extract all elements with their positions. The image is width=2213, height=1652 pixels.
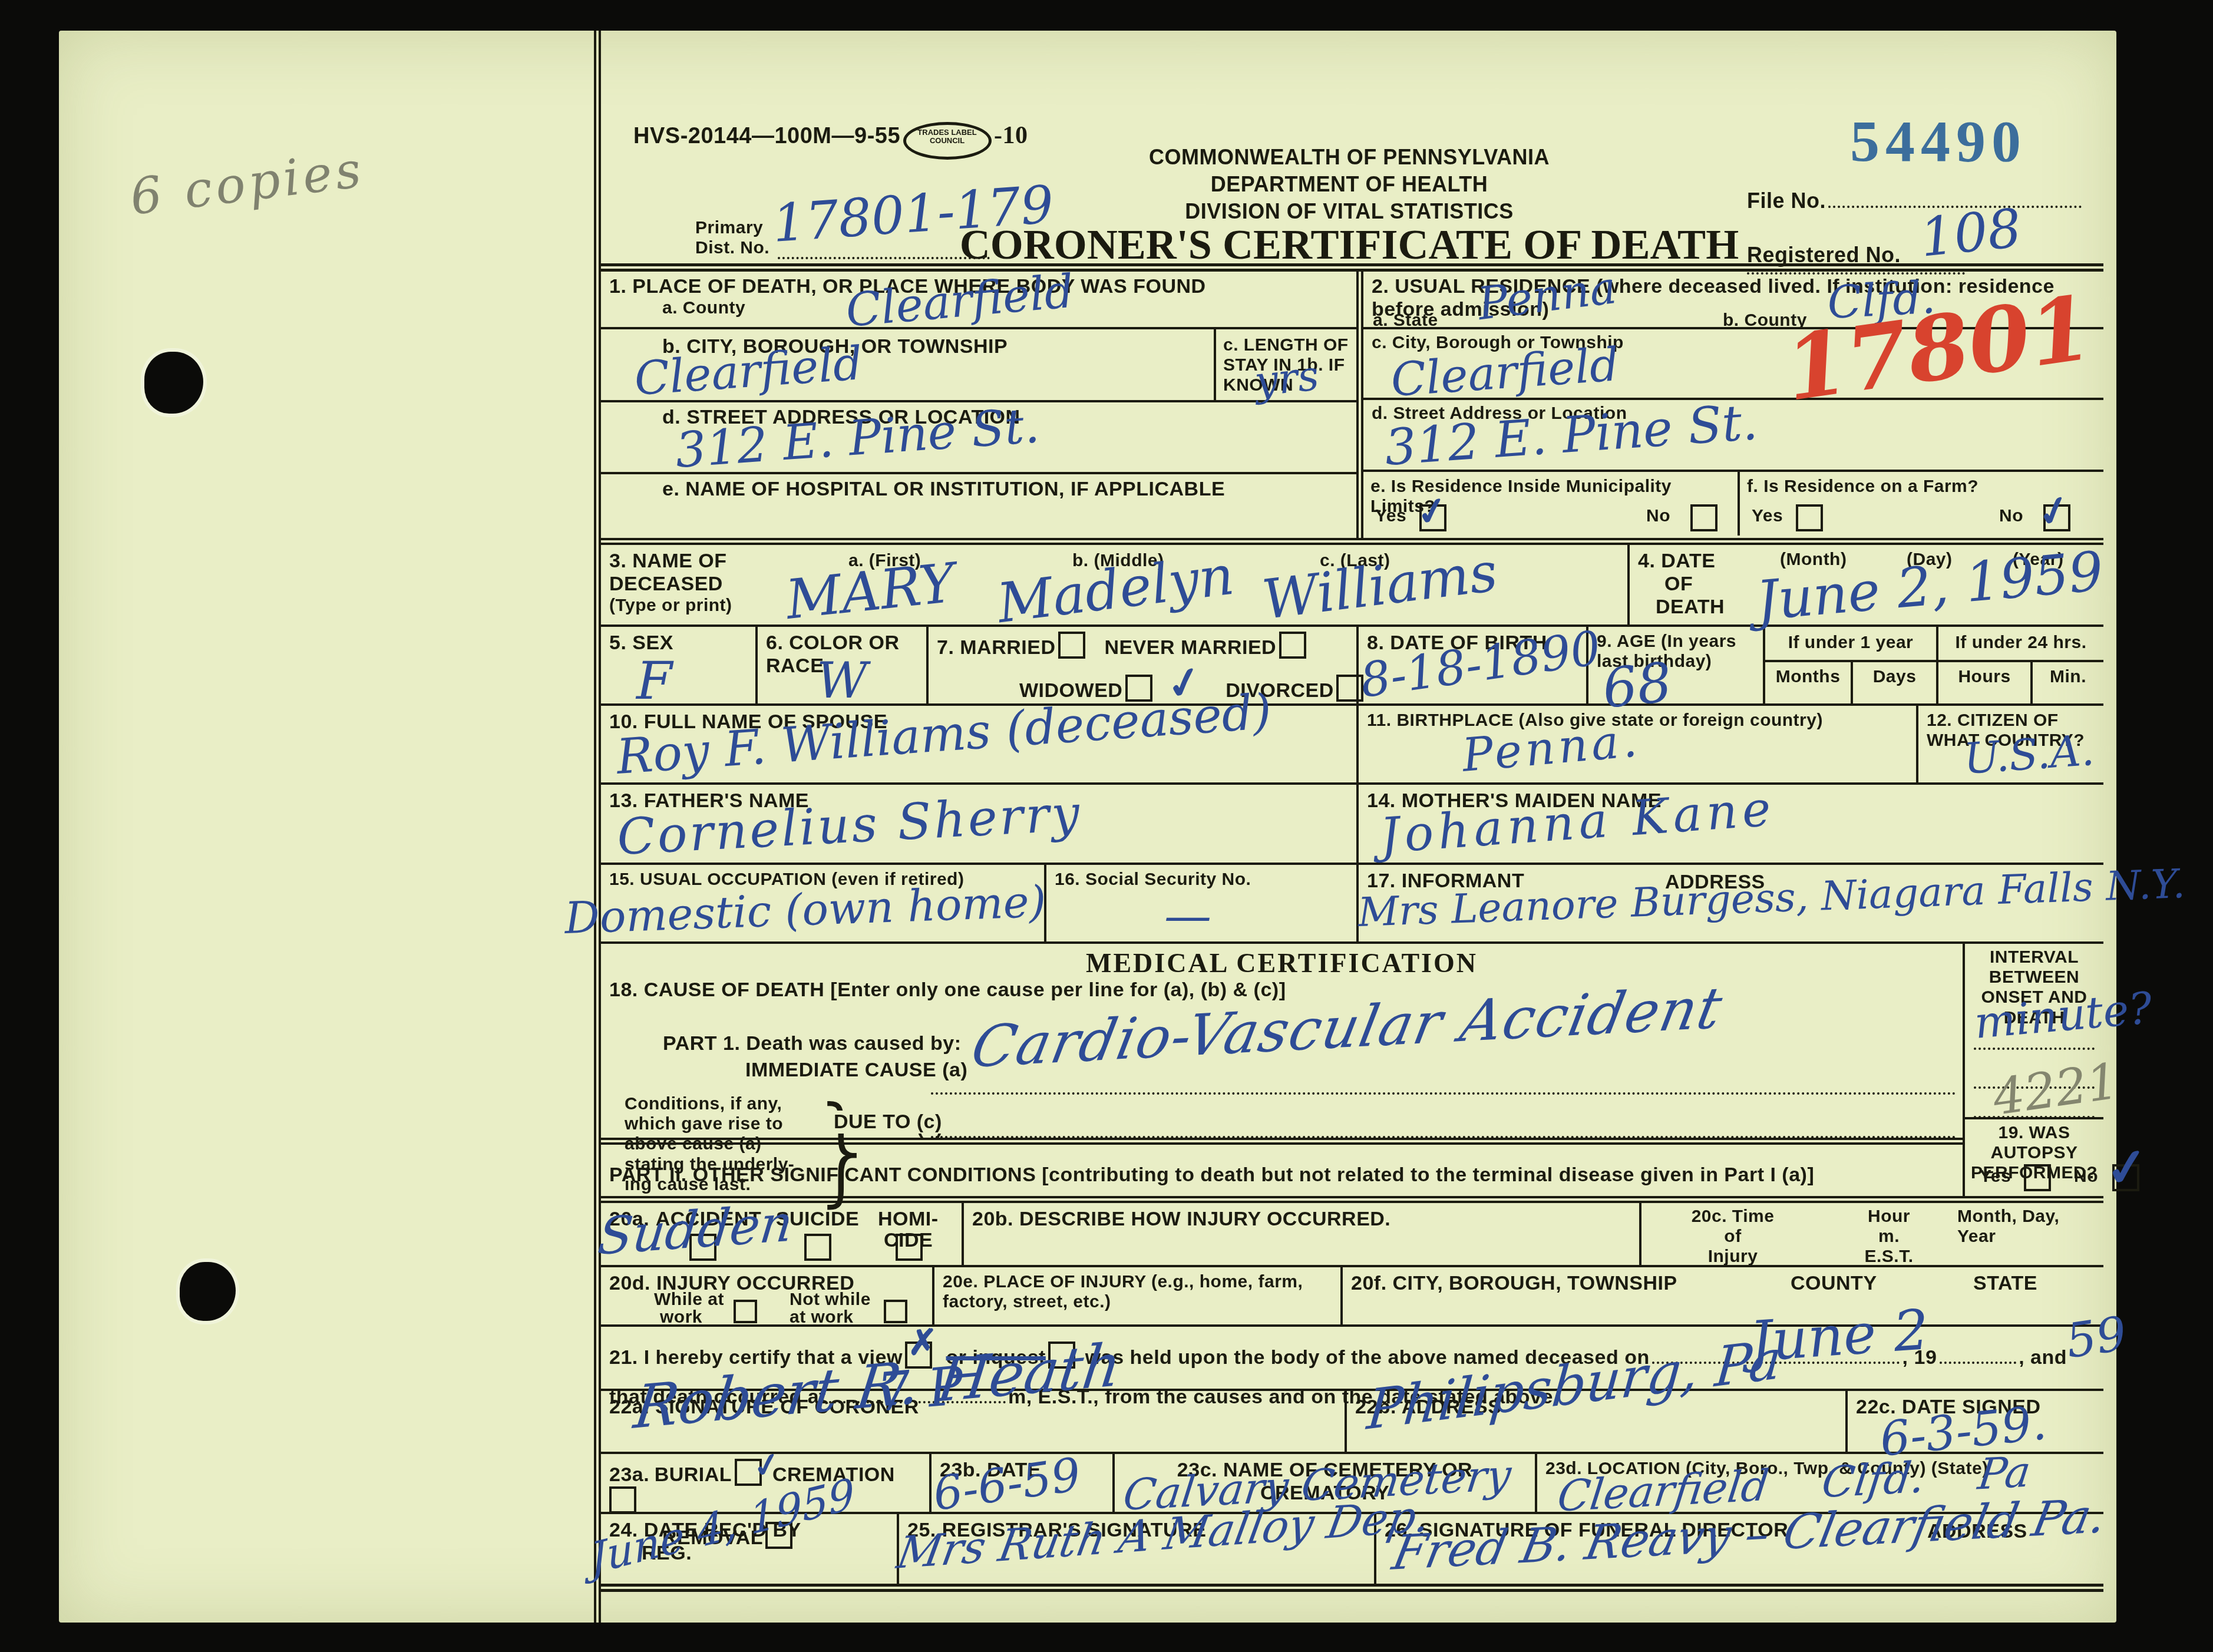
s2e-no-checkbox [1690,504,1717,531]
s20f-state-label: STATE [1973,1272,2037,1295]
section-20f-location: 20f. CITY, BOROUGH, TOWNSHIP COUNTY STAT… [1340,1267,2103,1324]
s18c-line [931,1134,1956,1139]
section-20a-manner: 20a. ACCIDENT SUICIDE HOMI- CIDE Sudden [601,1203,962,1265]
file-no-row: File No. [1747,189,2082,213]
s9-min-label: Min. [2030,662,2103,703]
s23a-num: 23a. [609,1463,649,1486]
section-22c-date-signed: 22c. DATE SIGNED 6-3-59. [1845,1391,2103,1452]
primary-dist-label-1: Primary [695,218,769,238]
interval-c-value: 4221 [1989,1052,2122,1126]
s9-hours-label: Hours [1936,662,2030,703]
s18-interval-label-1: INTERVAL BETWEEN [1971,947,2098,987]
s21-text-4: , and [2019,1346,2067,1369]
s23a-burial-checkbox [735,1459,762,1486]
s20c-label-3: Injury [1647,1247,1818,1267]
agency-block: COMMONWEALTH OF PENNSYLVANIA DEPARTMENT … [943,144,1756,225]
row-occupation-ssn-informant: 15. USUAL OCCUPATION (even if retired) D… [601,865,2103,944]
s7-married-label: 7. MARRIED [937,636,1055,659]
punch-hole-bottom [180,1262,236,1321]
primary-dist-label-2: Dist. No. [695,238,769,258]
s2f-yes-label: Yes [1752,506,1783,526]
file-no-label: File No. [1747,189,1826,213]
s20b-label: 20b. DESCRIBE HOW INJURY OCCURRED. [972,1208,1631,1231]
primary-dist-row: Primary Dist. No. 17801-179 [695,218,769,258]
s20e-label: 20e. PLACE OF INJURY (e.g., home, farm, … [943,1272,1332,1312]
s5-sex-value: F [636,650,672,711]
s20d-while-label-2: work [660,1307,702,1327]
section-9-under-age-grid: If under 1 year If under 24 hrs. Months … [1763,627,2103,703]
form-table: 1. PLACE OF DEATH, OR PLACE WHERE BODY W… [601,263,2103,1592]
section-20e-place-of-injury: 20e. PLACE OF INJURY (e.g., home, farm, … [932,1267,1340,1324]
section-16-ssn: 16. Social Security No. — [1044,865,1356,941]
section-20c-time-of-injury: 20c. Time of Injury Hour m. E.S.T. Month… [1639,1203,2103,1265]
section-22b-address: 22b. ADDRESS Philipsburg, Pa [1345,1391,1845,1452]
s19-label-1: 19. WAS AUTOPSY [1971,1123,2098,1163]
s20d-notwhile-label-2: at work [790,1307,854,1327]
s20c-hour-label-1: Hour [1828,1207,1950,1227]
row-name-dateofdeath: 3. NAME OF DECEASED (Type or print) a. (… [601,545,2103,627]
s2e-yes-checkbox [1419,504,1446,531]
section-13-father: 13. FATHER'S NAME Cornelius Sherry [601,785,1356,863]
row-sex-race-marital-birth-age: 5. SEX F 6. COLOR OR RACE W 7. MARRIED N… [601,627,2103,706]
s7-never-married-checkbox [1279,632,1306,659]
section-4-date-of-death: 4. DATE OF DEATH (Month) (Day) (Year) Ju… [1627,545,2103,625]
section-14-mother: 14. MOTHER'S MAIDEN NAME Johanna Kane [1356,785,2103,863]
s18a-line [931,1090,1956,1095]
s5-label: 5. SEX [609,632,747,655]
s9-under24-label: If under 24 hrs. [1936,627,2103,660]
s9-months-label: Months [1765,662,1851,703]
s20a-homicide-checkbox [896,1234,923,1261]
section-5-sex: 5. SEX F [601,627,755,703]
section-7-marital-status: 7. MARRIED NEVER MARRIED WIDOWED ✓ DIVOR… [926,627,1356,703]
s20f-county-label: COUNTY [1791,1272,1877,1295]
section-26-funeral-director: 26. SIGNATURE OF FUNERAL DIRECTOR ADDRES… [1374,1514,2103,1584]
section-15-occupation: 15. USUAL OCCUPATION (even if retired) D… [601,865,1044,941]
s2f-label: f. Is Residence on a Farm? [1747,477,2096,497]
s18-due-c-label: DUE TO (c) [834,1111,948,1134]
s23a-cremation-checkbox [609,1486,636,1514]
section-10-spouse: 10. FULL NAME OF SPOUSE Roy F. Williams … [601,706,1356,782]
section-17-informant: 17. INFORMANT ADDRESS Mrs Leanore Burges… [1356,865,2103,941]
scanned-death-certificate: { "marks": { "check": "✓", "cross": "✗",… [0,0,2213,1652]
part2-label: PART II. OTHER SIGNIFICANT CONDITIONS [c… [609,1164,1954,1187]
s20a-homicide-label-1: HOMI- [878,1208,939,1231]
section-8-date-of-birth: 8. DATE OF BIRTH 8-18-1890 [1356,627,1586,703]
s20c-hour-label-2: m. [1828,1227,1950,1247]
s2f-no-label: No [1999,506,2023,526]
section-9-age: 9. AGE (In years last birthday) 68 [1586,627,1763,703]
s7-never-married-label: NEVER MARRIED [1104,636,1276,659]
s20a-suicide-checkbox [804,1234,831,1261]
s20c-label-1: 20c. Time [1647,1207,1818,1227]
section-12-citizen: 12. CITIZEN OF WHAT COUNTRY? U.S.A. [1916,706,2103,782]
certificate-title: CORONER'S CERTIFICATE OF DEATH [943,220,1756,269]
s19-yes-label: Yes [1980,1167,2011,1187]
s9-label-1: 9. AGE (In years [1597,632,1755,652]
row-22-coroner: 22a. SIGNATURE OF CORONER Robert R. Heat… [601,1391,2103,1454]
section-3-name-of-deceased: 3. NAME OF DECEASED (Type or print) a. (… [601,545,1627,625]
section-6-color-or-race: 6. COLOR OR RACE W [755,627,926,703]
row-spouse-birthplace-citizen: 10. FULL NAME OF SPOUSE Roy F. Williams … [601,706,2103,785]
s20f-label: 20f. CITY, BOROUGH, TOWNSHIP [1351,1272,1677,1294]
form-number: HVS-20144—100M—9-55 [633,124,900,148]
section-24-date-received: 24. DATE REC'D BY REG. June 4, 1959 [601,1514,897,1584]
s9-days-label: Days [1851,662,1936,703]
certificate-form: HVS-20144—100M—9-55 TRADES LABEL COUNCIL… [594,31,2103,1623]
punch-hole-top [144,352,203,414]
s21-year-value: 59 [2063,1306,2130,1369]
s23a-burial-label: BURIAL [655,1463,732,1486]
s20d-notwhile-checkbox [884,1300,907,1323]
row-place-residence: 1. PLACE OF DEATH, OR PLACE WHERE BODY W… [601,272,2103,545]
s16-label: 16. Social Security No. [1055,870,1348,890]
medical-certification-right: INTERVAL BETWEEN ONSET AND DEATH minute?… [1963,944,2103,1196]
s9-age-value: 68 [1600,650,1675,721]
s20c-mdy-label: Month, Day, Year [1957,1207,2100,1247]
medical-certification-title: MEDICAL CERTIFICATION [609,947,1954,979]
s1c-length-value: yrs [1252,351,1321,406]
section-25-registrar-signature: 25. REGISTRAR'S SIGNATURE Mrs Ruth A Mal… [897,1514,1374,1584]
row-medical-certification: MEDICAL CERTIFICATION 18. CAUSE OF DEATH… [601,944,2103,1203]
section-23b-date: 23b. DATE 6-6-59 [929,1454,1112,1512]
certificate-paper: 6 copies HVS-20144—100M—9-55 TRADES LABE… [59,31,2116,1623]
margin-pencil-note: 6 copies [127,140,368,226]
s2f-no-checkbox [2043,504,2070,531]
row-20abc: 20a. ACCIDENT SUICIDE HOMI- CIDE Sudden … [601,1203,2103,1267]
s20a-handwritten-note: Sudden [595,1194,796,1267]
section-2-usual-residence: 2. USUAL RESIDENCE (where deceased lived… [1356,272,2103,538]
s18-immediate-cause-label: IMMEDIATE CAUSE (a) [745,1059,967,1082]
s2a-label: a. State [1373,310,1438,331]
s2e-yes-label: Yes [1375,506,1406,526]
s20c-hour-label-3: E.S.T. [1828,1247,1950,1267]
s9-under1-label: If under 1 year [1765,627,1936,660]
row-24-26-registrar: 24. DATE REC'D BY REG. June 4, 1959 25. … [601,1514,2103,1584]
agency-line-1: COMMONWEALTH OF PENNSYLVANIA [943,144,1756,171]
s21-year-line [1940,1359,2016,1364]
agency-line-2: DEPARTMENT OF HEALTH [943,171,1756,198]
s2f-yes-checkbox [1796,504,1823,531]
file-stamp-number: 54490 [1850,107,2027,175]
s19-no-label: No [2074,1167,2098,1187]
s12-citizen-value: U.S.A. [1962,725,2096,784]
s16-ssn-value: — [1164,888,1211,943]
section-20b-describe-injury: 20b. DESCRIBE HOW INJURY OCCURRED. [962,1203,1639,1265]
s2e-no-label: No [1646,506,1670,526]
s6-race-value: W [817,652,867,709]
row-father-mother: 13. FATHER'S NAME Cornelius Sherry 14. M… [601,785,2103,865]
section-1-place-of-death: 1. PLACE OF DEATH, OR PLACE WHERE BODY W… [601,272,1356,538]
registered-no-value: 108 [1917,197,2024,269]
section-20d-injury-occurred: 20d. INJURY OCCURRED While at work Not w… [601,1267,932,1324]
section-11-birthplace: 11. BIRTHPLACE (Also give state or forei… [1356,706,1916,782]
s7-married-checkbox [1058,632,1085,659]
s1e-label: e. NAME OF HOSPITAL OR INSTITUTION, IF A… [662,478,1348,501]
s20d-while-checkbox [734,1300,757,1323]
s19-no-checkbox [2112,1164,2139,1191]
s18-part1-label: PART 1. Death was caused by: [663,1032,962,1055]
s19-yes-checkbox [2024,1164,2051,1191]
s20c-label-2: of [1647,1227,1818,1247]
section-22a-coroner-signature: 22a. SIGNATURE OF CORONER Robert R. Heat… [601,1391,1345,1452]
medical-certification-left: MEDICAL CERTIFICATION 18. CAUSE OF DEATH… [601,944,1963,1196]
